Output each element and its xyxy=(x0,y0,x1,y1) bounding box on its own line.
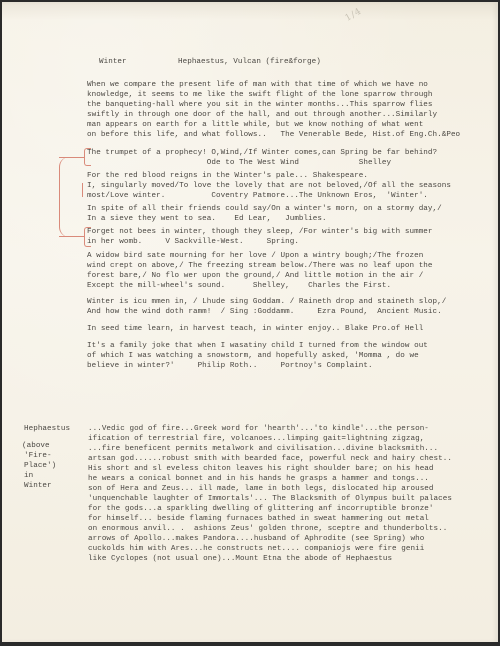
quote-line: most/Love winter. Coventry Patmore...The… xyxy=(87,192,428,202)
margin-line: (above xyxy=(22,442,50,452)
quote-line: swiftly in through one door of the hall,… xyxy=(87,111,437,121)
quote-line: on before this life, and what follows.. … xyxy=(87,131,460,141)
quote-line: In a sieve they went to sea. Ed Lear, Ju… xyxy=(87,215,327,225)
quote-line: Except the mill-wheel's sound. Shelley, … xyxy=(87,282,391,292)
quote-line: It's a family joke that when I wasatiny … xyxy=(87,342,428,352)
red-bracket-bottom xyxy=(84,227,91,247)
typewritten-page: 1/4 Winter Hephaestus, Vulcan (fire&forg… xyxy=(2,2,498,642)
margin-line: Place') xyxy=(24,462,56,472)
notes-line: ...Vedic god of fire...Greek word for 'h… xyxy=(88,425,429,435)
red-connector-bottom xyxy=(59,236,84,237)
quote-line: And how the wind doth ramm! / Sing :Godd… xyxy=(87,308,442,318)
notes-line: arrows of Apollo...makes Pandora....husb… xyxy=(88,535,424,545)
quote-line: For the red blood reigns in the Winter's… xyxy=(87,172,368,182)
margin-line: 'Fire- xyxy=(24,452,52,462)
quote-line: When we compare the present life of man … xyxy=(87,81,428,91)
notes-line: son of Hera and Zeus... ill made, lame i… xyxy=(88,485,434,495)
quote-line: the banqueting-hall where you sit in the… xyxy=(87,101,433,111)
notes-line: ...fire beneficent permits metalwork and… xyxy=(88,445,438,455)
red-connector-line xyxy=(59,157,84,237)
quote-line: man appears on earth for a little while,… xyxy=(87,121,423,131)
notes-line: artsan god......robust smith with bearde… xyxy=(88,455,452,465)
page-fold-shadow xyxy=(2,2,498,20)
margin-line: in xyxy=(24,472,33,482)
notes-line: on enormous anvil.. . ashions Zeus' gold… xyxy=(88,525,447,535)
margin-line: Winter xyxy=(24,482,52,492)
heading-hephaestus: Hephaestus, Vulcan (fire&forge) xyxy=(178,58,321,68)
red-connector-top xyxy=(59,157,84,158)
red-margin-tick xyxy=(82,183,83,197)
notes-line: cuckolds him with Ares...he constructs n… xyxy=(88,545,424,555)
quote-line: Winter is icu mmen in, / Lhude sing Godd… xyxy=(87,298,446,308)
quote-line: in her womb. V Sackville-West. Spring. xyxy=(87,238,299,248)
heading-winter: Winter xyxy=(99,58,127,68)
quote-line: Ode to The West Wind Shelley xyxy=(87,159,391,169)
quote-line: knowledge, it seems to me like the swift… xyxy=(87,91,433,101)
notes-line: for the gods...a sparkling dwelling of g… xyxy=(88,505,434,515)
notes-line: ification of terrestrial fire, volcanoes… xyxy=(88,435,424,445)
quote-line: A widow bird sate mourning for her love … xyxy=(87,252,423,262)
notes-line: His short and sl eveless chiton leaves h… xyxy=(88,465,434,475)
quote-line: In seed time learn, in harvest teach, in… xyxy=(87,325,423,335)
quote-line: The trumpet of a prophecy! O,Wind,/If Wi… xyxy=(87,149,437,159)
margin-line: Hephaestus xyxy=(24,425,70,435)
quote-line: I, singularly moved/To love the lovely t… xyxy=(87,182,451,192)
red-bracket-top xyxy=(84,148,91,166)
notes-line: 'unquenchable laughter of Immortals'... … xyxy=(88,495,452,505)
notes-line: like Cyclopes (not usual one)...Mount Et… xyxy=(88,555,392,565)
notes-line: for himself... beside flaming furnaces b… xyxy=(88,515,429,525)
quote-line: wind crept on above,/ The freezing strea… xyxy=(87,262,433,272)
quote-line: believe in winter?' Philip Roth.. Portno… xyxy=(87,362,373,372)
quote-line: of which I was watching a snowstorm, and… xyxy=(87,352,419,362)
notes-line: he wears a conical bonnet and in his han… xyxy=(88,475,429,485)
quote-line: forest bare,/ No flo wer upon the ground… xyxy=(87,272,423,282)
quote-line: Forget not bees in winter, though they s… xyxy=(87,228,433,238)
quote-line: In spite of all their friends could say/… xyxy=(87,205,442,215)
